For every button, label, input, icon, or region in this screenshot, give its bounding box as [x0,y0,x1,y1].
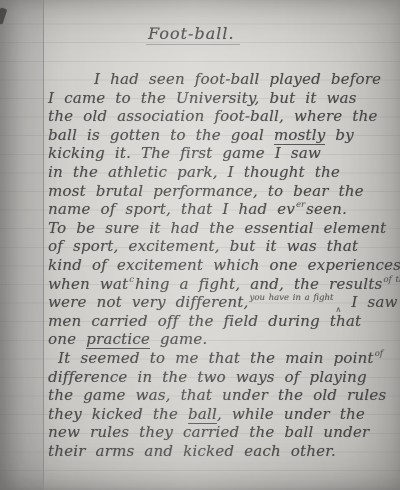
interline-insertion: you have in a fight [249,293,333,303]
handwritten-text: kind of excitement which one experiences [48,256,400,274]
underlined-word: mostly [274,126,325,145]
underlined-word: ball [188,405,217,424]
handwritten-text: their arms and kicked each other. [48,442,336,460]
handwritten-text: name of sport, that I had ev [48,200,295,218]
manuscript-line: To be sure it had the essential element [48,219,398,238]
manuscript-line: difference in the two ways of playing [48,368,398,387]
handwritten-text: the old association foot-ball, where the [48,107,377,125]
margin-rule-line [43,0,44,490]
manuscript-body: I had seen foot-ball played beforeI came… [48,70,398,460]
handwritten-text: To be sure it had the essential element [48,219,386,237]
handwritten-text: of sport, excitement, but it was that [48,237,358,255]
manuscript-line: in the athletic park, I thought the [48,163,398,182]
handwritten-text: men carried off the field during that [48,312,361,330]
manuscript-line: their arms and kicked each other. [48,442,398,461]
manuscript-line: when watching a fight, and, the resultso… [48,275,398,294]
manuscript-line: I came to the University, but it was [48,89,398,108]
handwritten-text: seen. [306,200,347,218]
handwritten-text: , while under the [217,405,365,423]
interline-insertion: of [375,349,383,359]
handwritten-text: I had seen foot-ball played before [94,70,381,88]
manuscript-line: most brutal performance, to bear the [48,182,398,201]
manuscript-line: were not very different,you have in a fi… [48,293,398,312]
left-margin-strip [0,0,43,490]
handwritten-text: I saw two [341,293,400,311]
manuscript-line: kind of excitement which one experiences [48,256,398,275]
manuscript-line: men carried off the field during that [48,312,398,331]
document-title: Foot-ball. [146,24,240,45]
handwritten-text: game. [150,330,207,348]
manuscript-photo: Foot-ball. I had seen foot-ball played b… [0,0,400,490]
handwritten-text: by [325,126,353,144]
handwritten-text: difference in the two ways of playing [48,368,367,386]
interline-insertion: c [129,275,134,285]
handwritten-text: I came to the University, but it was [48,89,357,107]
manuscript-line: new rules they carried the ball under [48,423,398,442]
caret-mark: ∧ [335,305,341,314]
manuscript-line: of sport, excitement, but it was that [48,237,398,256]
manuscript-line: kicking it. The first game I saw [48,144,398,163]
handwritten-text: new rules they carried the ball under [48,423,369,441]
handwritten-text: the game was, that under the old rules [48,386,386,404]
handwritten-text: ball is gotten to the goal [48,126,274,144]
handwritten-text: were not very different, [48,293,248,311]
manuscript-line: they kicked the ball, while under the [48,405,398,424]
handwritten-text: It seemed to me that the main point [58,349,374,367]
handwritten-text: hing a fight, and, the results [135,275,382,293]
interline-insertion: of the game [383,275,400,285]
manuscript-line: one practice game. [48,330,398,349]
handwritten-text: kicking it. The first game I saw [48,144,321,162]
manuscript-line: I had seen foot-ball played before [48,70,398,89]
interline-insertion: er [296,200,305,210]
manuscript-line: the game was, that under the old rules [48,386,398,405]
handwritten-text: in the athletic park, I thought the [48,163,340,181]
manuscript-line: name of sport, that I had everseen. [48,200,398,219]
manuscript-line: the old association foot-ball, where the [48,107,398,126]
handwritten-text: when wat [48,275,128,293]
handwritten-text: one [48,330,86,348]
manuscript-line: It seemed to me that the main pointof [48,349,398,368]
handwritten-text: they kicked the [48,405,188,423]
underlined-word: practice [86,330,150,349]
manuscript-line: ball is gotten to the goal mostly by [48,126,398,145]
handwritten-text: most brutal performance, to bear the [48,182,364,200]
